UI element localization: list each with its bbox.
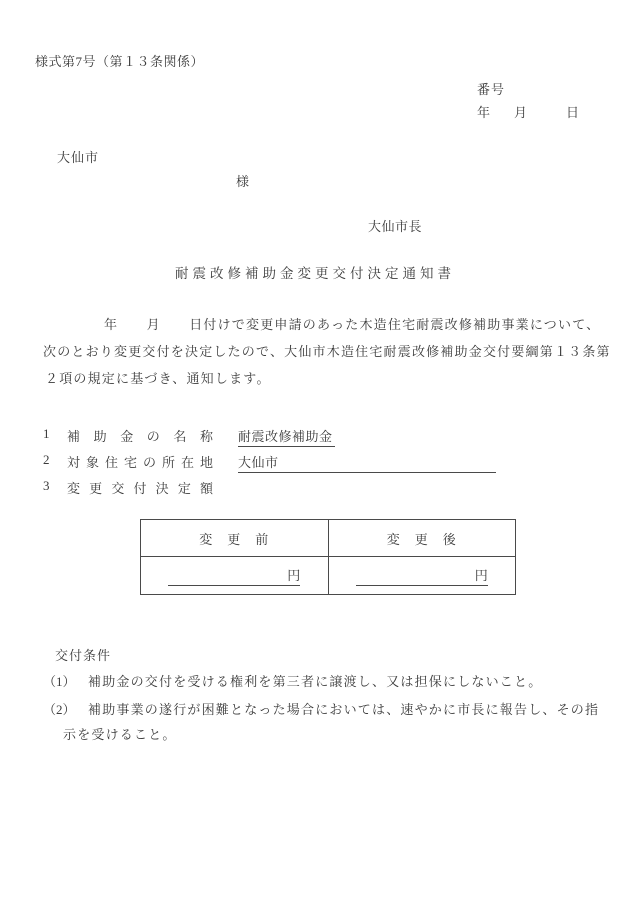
item-number: 1 — [43, 426, 50, 442]
date-year-label: 年 — [477, 102, 490, 121]
list-item-decision-amount: 3 変更交付決定額 — [0, 478, 630, 498]
amount-after-cell: 円 — [328, 557, 516, 595]
date-month-label: 月 — [514, 102, 527, 121]
table-header-row: 変 更 前 変 更 後 — [141, 520, 516, 557]
amount-before-cell: 円 — [141, 557, 329, 595]
condition-text: 補助事業の遂行が困難となった場合においては、速やかに市長に報告し、その指 — [88, 699, 599, 718]
list-item-subsidy-name: 1 補助金の名称 耐震改修補助金 — [0, 426, 630, 446]
header-after-change: 変 更 後 — [328, 520, 516, 557]
date-day-label: 日 — [566, 102, 579, 121]
amount-after-blank-field: 円 — [356, 565, 488, 586]
list-item-housing-location: 2 対象住宅の所在地 大仙市 — [0, 452, 630, 472]
yen-unit-label: 円 — [475, 568, 488, 583]
condition-item-1: （1） 補助金の交付を受ける権利を第三者に譲渡し、又は担保にしないこと。 — [0, 671, 630, 691]
item-label: 変更交付決定額 — [67, 478, 213, 497]
condition-number: （2） — [43, 699, 76, 718]
item-label: 補助金の名称 — [67, 426, 213, 445]
addressee-honorific: 様 — [236, 171, 249, 190]
item-number: 3 — [43, 478, 50, 494]
sender-mayor: 大仙市長 — [368, 216, 422, 235]
item-value-underlined: 大仙市 — [238, 452, 496, 473]
form-number: 様式第7号（第１３条関係） — [35, 51, 204, 70]
body-paragraph-line: 年 月 日付けで変更申請のあった木造住宅耐震改修補助事業について、 — [104, 314, 600, 333]
condition-number: （1） — [43, 671, 76, 690]
amount-change-table: 変 更 前 変 更 後 円 円 — [140, 519, 516, 595]
condition-text: 補助金の交付を受ける権利を第三者に譲渡し、又は担保にしないこと。 — [88, 671, 542, 690]
document-title: 耐震改修補助金変更交付決定通知書 — [0, 262, 630, 282]
condition-text-continuation: 示を受けること。 — [63, 724, 177, 743]
condition-item-2: （2） 補助事業の遂行が困難となった場合においては、速やかに市長に報告し、その指 — [0, 699, 630, 719]
conditions-heading: 交付条件 — [55, 645, 111, 664]
number-label: 番号 — [477, 79, 505, 98]
item-label: 対象住宅の所在地 — [67, 452, 213, 471]
amount-before-blank-field: 円 — [168, 565, 300, 586]
yen-unit-label: 円 — [287, 568, 300, 583]
body-paragraph-line: 次のとおり変更交付を決定したので、大仙市木造住宅耐震改修補助金交付要綱第１３条第 — [43, 341, 611, 360]
item-value-underlined: 耐震改修補助金 — [238, 426, 335, 447]
addressee-city: 大仙市 — [57, 147, 99, 166]
body-paragraph-line: ２項の規定に基づき、通知します。 — [45, 368, 271, 387]
header-before-change: 変 更 前 — [141, 520, 329, 557]
table-amount-row: 円 円 — [141, 557, 516, 595]
document-page: 様式第7号（第１３条関係） 番号 年 月 日 大仙市 様 大仙市長 耐震改修補助… — [0, 0, 630, 915]
item-number: 2 — [43, 452, 50, 468]
